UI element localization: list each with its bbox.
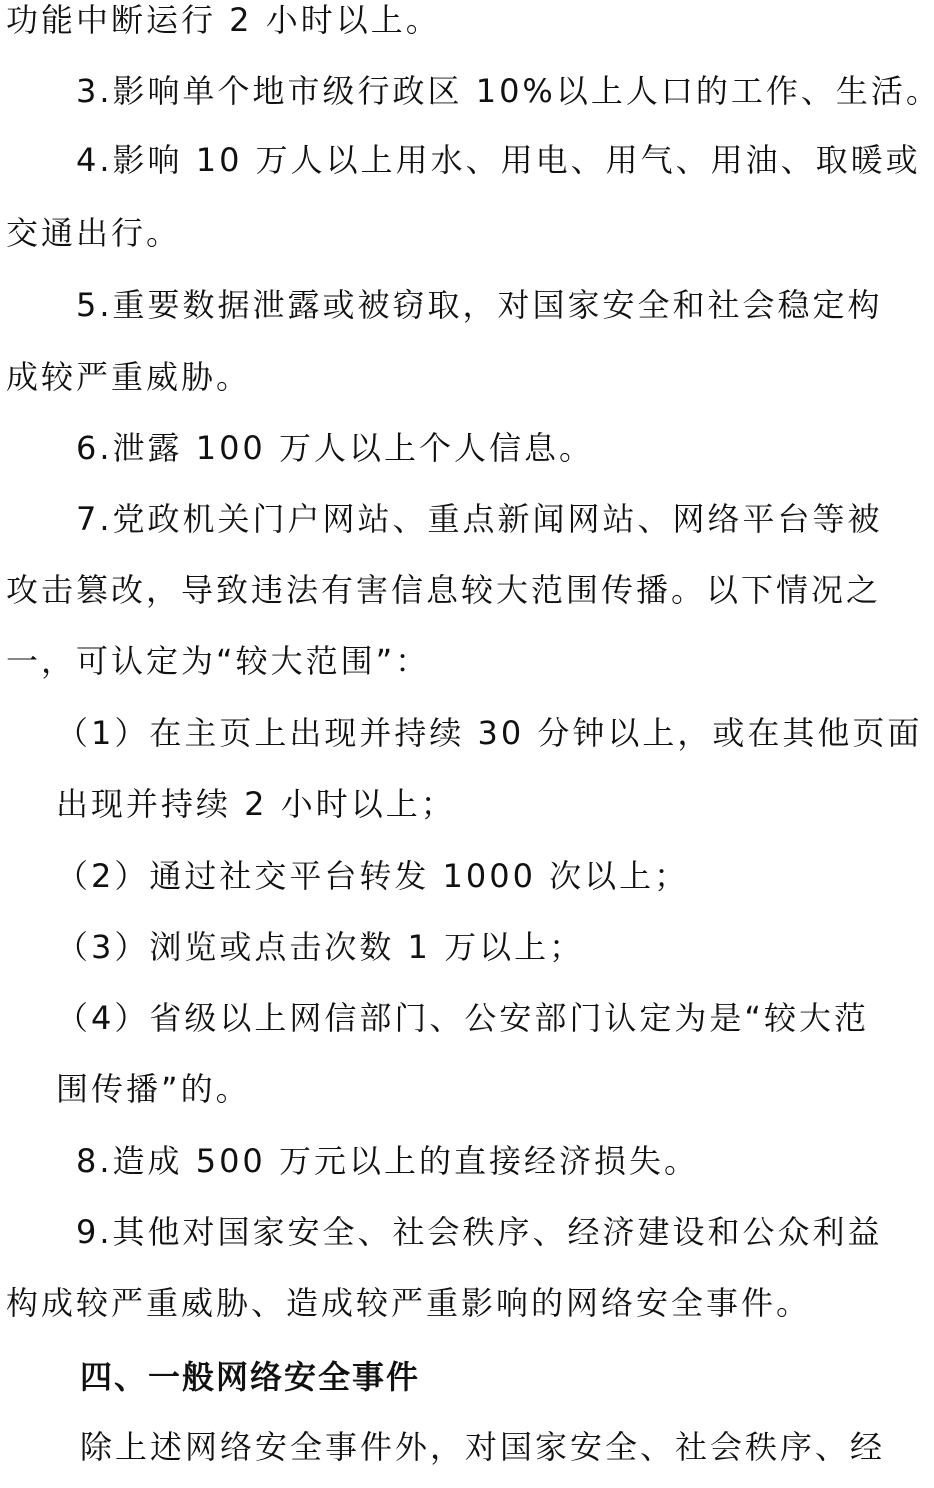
text-line: 出现并持续 2 小时以上； <box>56 784 456 824</box>
sub-item-4: （4）省级以上网信部门、公安部门认定为是“较大范 <box>56 998 869 1038</box>
sub-item-3: （3）浏览或点击次数 1 万以上； <box>56 927 584 967</box>
text-line: 围传播”的。 <box>56 1069 251 1109</box>
list-item-5: 5.重要数据泄露或被窃取，对国家安全和社会稳定构 <box>76 285 883 325</box>
sub-item-2: （2）通过社交平台转发 1000 次以上； <box>56 856 689 896</box>
list-item-9: 9.其他对国家安全、社会秩序、经济建设和公众利益 <box>76 1212 883 1252</box>
list-item-6: 6.泄露 100 万人以上个人信息。 <box>76 428 594 468</box>
text-line: 成较严重威胁。 <box>6 357 251 397</box>
text-line: 除上述网络安全事件外，对国家安全、社会秩序、经 <box>80 1427 885 1467</box>
list-item-4: 4.影响 10 万人以上用水、用电、用气、用油、取暖或 <box>76 140 921 180</box>
sub-item-1: （1）在主页上出现并持续 30 分钟以上，或在其他页面 <box>56 713 922 753</box>
text-line: 交通出行。 <box>6 213 181 253</box>
list-item-3: 3.影响单个地市级行政区 10%以上人口的工作、生活。 <box>76 71 934 111</box>
list-item-8: 8.造成 500 万元以上的直接经济损失。 <box>76 1141 699 1181</box>
text-line: 构成较严重威胁、造成较严重影响的网络安全事件。 <box>6 1283 811 1323</box>
list-item-7: 7.党政机关门户网站、重点新闻网站、网络平台等被 <box>76 499 883 539</box>
text-line: 攻击篡改，导致违法有害信息较大范围传播。以下情况之 <box>6 570 881 610</box>
text-line: 功能中断运行 2 小时以上。 <box>6 0 441 40</box>
section-heading: 四、一般网络安全事件 <box>80 1357 420 1397</box>
text-line: 一，可认定为“较大范围”： <box>6 641 430 681</box>
